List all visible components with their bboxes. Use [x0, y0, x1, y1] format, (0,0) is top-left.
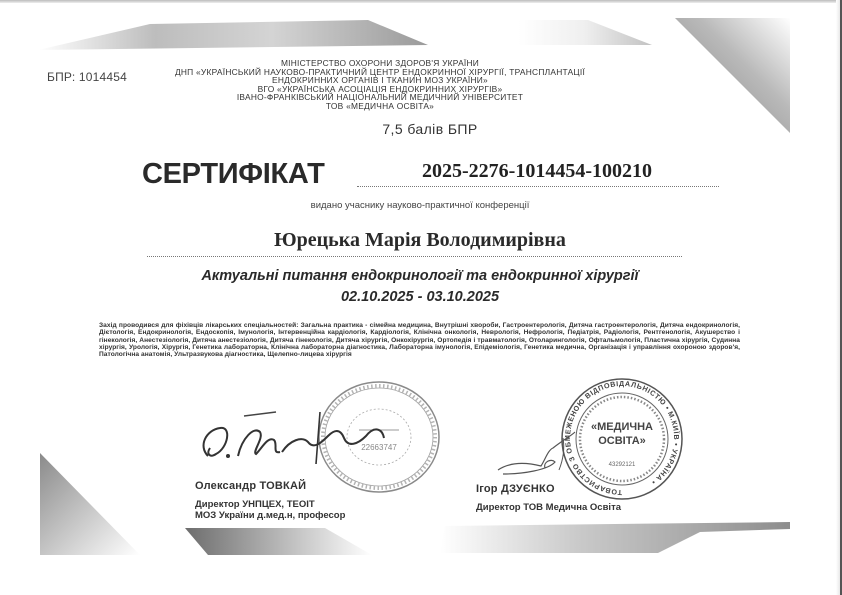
- conference-dates: 02.10.2025 - 03.10.2025: [220, 289, 620, 305]
- organizer-line: ТОВ «МЕДИЧНА ОСВІТА»: [150, 102, 610, 111]
- signature-left: [198, 408, 398, 473]
- signature-right: [493, 430, 593, 485]
- certificate-title: СЕРТИФІКАТ: [142, 158, 325, 191]
- participant-name: Юрецька Марія Володимирівна: [160, 229, 680, 252]
- signatory-name-left: Олександр ТОВКАЙ: [195, 480, 306, 492]
- signatory-role-line: Директор УНПЦЕХ, ТЕОІТ: [195, 500, 345, 511]
- certificate-number-underline: [357, 186, 719, 187]
- bpr-id: БПР: 1014454: [47, 70, 127, 84]
- svg-text:«МЕДИЧНА: «МЕДИЧНА: [591, 421, 653, 433]
- svg-text:43292121: 43292121: [609, 462, 636, 468]
- participant-underline: [147, 256, 682, 257]
- signatory-role-line: Директор ТОВ Медична Освіта: [476, 503, 621, 514]
- signatory-name-right: Ігор ДЗУЄНКО: [476, 483, 555, 495]
- cpd-points: 7,5 балів БПР: [300, 121, 560, 137]
- specialties-paragraph: Захід проводився для фіхівців лікарських…: [99, 322, 740, 358]
- signatory-role-right: Директор ТОВ Медична Освіта: [476, 503, 621, 514]
- organizers-block: МІНІСТЕРСТВО ОХОРОНИ ЗДОРОВ'Я УКРАЇНИ ДН…: [150, 59, 610, 111]
- issued-to-caption: видано учаснику науково-практичної конфе…: [200, 200, 640, 211]
- svg-text:ОСВІТА»: ОСВІТА»: [598, 435, 646, 447]
- conference-title: Актуальні питання ендокринології та ендо…: [120, 268, 720, 284]
- signatory-role-line: МОЗ України д.мед.н, професор: [195, 511, 345, 522]
- signatory-role-left: Директор УНПЦЕХ, ТЕОІТ МОЗ України д.мед…: [195, 500, 345, 521]
- certificate-number: 2025-2276-1014454-100210: [357, 160, 717, 183]
